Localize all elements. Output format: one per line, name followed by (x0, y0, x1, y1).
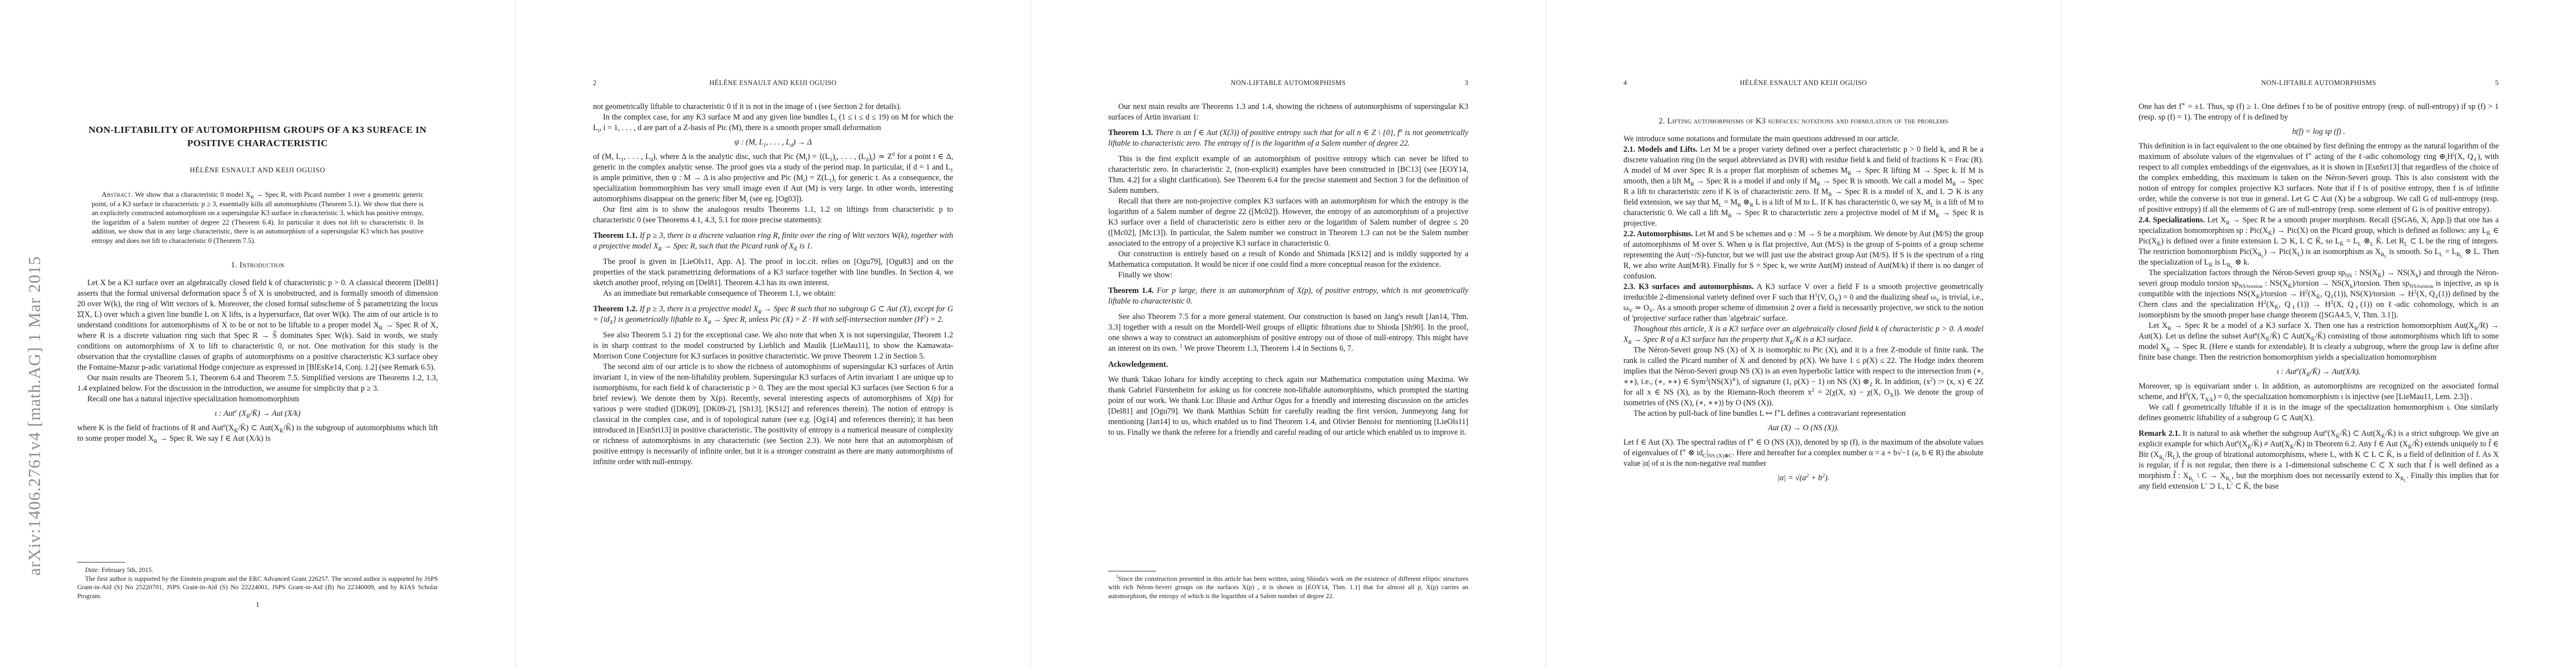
page-5: NON-LIFTABLE AUTOMORPHISMS 5 One has det… (2061, 0, 2576, 667)
paragraph: The proof is given in [LieOls11, App. A]… (593, 257, 953, 288)
paragraph: We thank Takao Iohara for kindly accepti… (1108, 375, 1468, 438)
page-strip: NON-LIFTABILITY OF AUTOMORPHISM GROUPS O… (0, 0, 2576, 667)
section-heading: 1. Introduction (77, 260, 438, 271)
paragraph: The second aim of our article is to show… (593, 362, 953, 467)
subsection-heading: Ackowledgement. (1108, 360, 1468, 370)
display-equation: ι : Aute (XK̄/K̄) → Aut (X/k) (77, 409, 438, 419)
footnote-rule (1108, 571, 1156, 571)
paragraph: Our next main results are Theorems 1.3 a… (1108, 102, 1468, 123)
paragraph: We introduce some notations and formulat… (1623, 134, 1984, 145)
paragraph: Finally we show: (1108, 270, 1468, 281)
paragraph: Thoughout this article, X is a K3 surfac… (1623, 324, 1984, 345)
paragraph: Let X be a K3 surface over an algebraica… (77, 278, 438, 373)
paragraph: The specialization factors through the N… (2139, 268, 2499, 321)
display-equation: |α| = √(a2 + b2). (1623, 473, 1984, 484)
paragraph: Let f ∈ Aut (X). The spectral radius of … (1623, 437, 1984, 469)
section-heading: 2. Lifting automorphisms of K3 surfaces:… (1623, 116, 1984, 127)
theorem: Theorem 1.1. If p ≥ 3, there is a discre… (593, 231, 953, 252)
footnotes: 1Since the construction presented in thi… (1108, 571, 1468, 600)
paragraph: Let XR → Spec R be a model of a K3 surfa… (2139, 321, 2499, 363)
footnote: The first author is supported by the Ein… (77, 575, 438, 600)
display-equation: ψ : (M, L1, . . . , Ld) → Δ (593, 137, 953, 148)
paragraph: One has det f∗ = ±1. Thus, sp (f) ≥ 1. O… (2139, 102, 2499, 123)
paragraph: Recall that there are non-projective com… (1108, 196, 1468, 249)
display-equation: Aut (X) → O (NS (X)). (1623, 423, 1984, 434)
page-body: One has det f∗ = ±1. Thus, sp (f) ≥ 1. O… (2139, 0, 2499, 497)
paragraph: where K is the field of fractions of R a… (77, 423, 438, 444)
paragraph: The Néron-Severi group NS (X) of X is is… (1623, 345, 1984, 409)
footnote: 1Since the construction presented in thi… (1108, 575, 1468, 600)
remark: Remark 2.1. It is natural to ask whether… (2139, 429, 2499, 492)
subsection-paragraph: 2.3. K3 surfaces and automorphisms. A K3… (1623, 282, 1984, 324)
subsection-paragraph: 2.1. Models and Lifts. Let M be a proper… (1623, 145, 1984, 229)
footnote-rule (77, 562, 125, 563)
subsection-paragraph: 2.2. Automorphisms. Let M and S be schem… (1623, 229, 1984, 282)
paragraph: Moreover, sp is equivariant under ι. In … (2139, 381, 2499, 402)
page-3: NON-LIFTABLE AUTOMORPHISMS 3 Our next ma… (1030, 0, 1546, 667)
page-4: 4 HÉLÈNE ESNAULT AND KEIJI OGUISO 2. Lif… (1546, 0, 2061, 667)
theorem: Theorem 1.3. There is an f ∈ Aut (X(3)) … (1108, 128, 1468, 149)
theorem: Theorem 1.2. If p ≥ 3, there is a projec… (593, 304, 953, 325)
subsection-paragraph: 2.4. Specializations. Let XR → Spec R be… (2139, 215, 2499, 268)
paragraph: Our first aim is to show the analogous r… (593, 205, 953, 226)
theorem: Theorem 1.4. For p large, there is an au… (1108, 286, 1468, 307)
paragraph: As an immediate but remarkable consequen… (593, 288, 953, 299)
paragraph: See also Theorem 5.1 2) for the exceptio… (593, 330, 953, 362)
page-number-bottom: 1 (0, 600, 515, 609)
paper-authors: HÉLÈNE ESNAULT AND KEIJI OGUISO (77, 165, 438, 176)
footnotes: Date: February 5th, 2015.The first autho… (77, 562, 438, 600)
page-body: Our next main results are Theorems 1.3 a… (1108, 0, 1468, 438)
pdf-view: NON-LIFTABILITY OF AUTOMORPHISM GROUPS O… (0, 0, 2576, 667)
paragraph: not geometrically liftable to characteri… (593, 102, 953, 112)
page-body: not geometrically liftable to characteri… (593, 0, 953, 467)
paragraph: Our main results are Theorem 5.1, Theore… (77, 373, 438, 394)
paragraph: We call f geometrically liftable if it i… (2139, 402, 2499, 424)
paragraph: See also Theorem 7.5 for a more general … (1108, 312, 1468, 354)
paragraph: The action by pull-back of line bundles … (1623, 409, 1984, 419)
arxiv-stamp: arXiv:1406.2761v4 [math.AG] 1 Mar 2015 (0, 0, 67, 667)
paragraph: In the complex case, for any K3 surface … (593, 112, 953, 133)
page-1: NON-LIFTABILITY OF AUTOMORPHISM GROUPS O… (0, 0, 515, 667)
page-body: 2. Lifting automorphisms of K3 surfaces:… (1623, 0, 1984, 487)
display-equation: ι : Aute(XK̄/K̄) → Aut(X/k). (2139, 367, 2499, 377)
paragraph: This is the first explicit example of an… (1108, 154, 1468, 196)
page-body: NON-LIFTABILITY OF AUTOMORPHISM GROUPS O… (77, 0, 438, 444)
abstract: Abstract. We show that a characteristic … (92, 190, 423, 246)
paper-title: NON-LIFTABILITY OF AUTOMORPHISM GROUPS O… (77, 123, 438, 150)
arxiv-stamp-text: arXiv:1406.2761v4 [math.AG] 1 Mar 2015 (24, 256, 44, 575)
footnote: Date: February 5th, 2015. (77, 566, 438, 574)
paragraph: Our construction is entirely based on a … (1108, 249, 1468, 270)
page-2: 2 HÉLÈNE ESNAULT AND KEIJI OGUISO not ge… (515, 0, 1030, 667)
paragraph: of (M, L1, . . . , Ld), where Δ is the a… (593, 152, 953, 205)
paragraph: This definition is in fact equivalent to… (2139, 141, 2499, 215)
display-equation: h(f) = log sp (f) . (2139, 127, 2499, 137)
paragraph: Recall one has a natural injective speci… (77, 394, 438, 405)
